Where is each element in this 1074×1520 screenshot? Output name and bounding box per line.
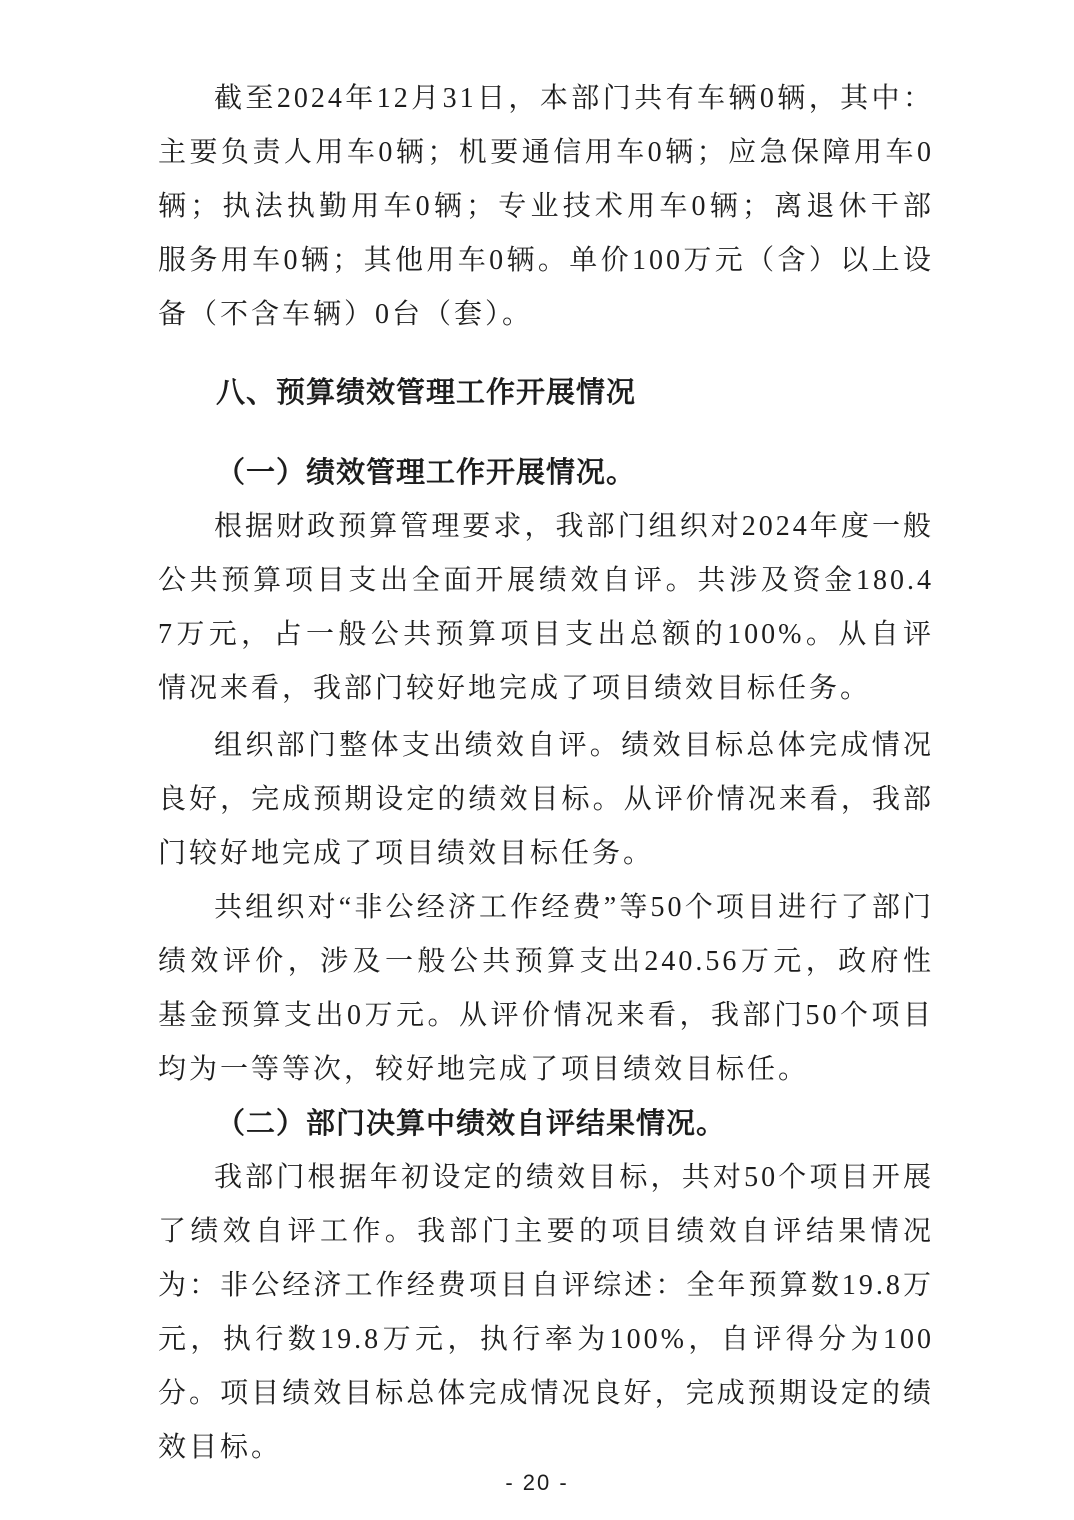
paragraph-department-project-evaluation: 共组织对“非公经济工作经费”等50个项目进行了部门绩效评价，涉及一般公共预算支出… bbox=[158, 881, 934, 1097]
paragraph-self-evaluation-overview: 根据财政预算管理要求，我部门组织对2024年度一般公共预算项目支出全面开展绩效自… bbox=[158, 500, 934, 716]
subsection-heading-performance-work: （一）绩效管理工作开展情况。 bbox=[158, 446, 934, 500]
document-body: 截至2024年12月31日，本部门共有车辆0辆，其中：主要负责人用车0辆；机要通… bbox=[158, 0, 934, 1475]
paragraph-overall-expenditure-evaluation: 组织部门整体支出绩效自评。绩效目标总体完成情况良好，完成预期设定的绩效目标。从评… bbox=[158, 719, 934, 881]
document-page: 截至2024年12月31日，本部门共有车辆0辆，其中：主要负责人用车0辆；机要通… bbox=[0, 0, 1074, 1520]
page-number: - 20 - bbox=[0, 1470, 1074, 1496]
subsection-heading-self-evaluation-results: （二）部门决算中绩效自评结果情况。 bbox=[158, 1097, 934, 1151]
section-heading-performance-management: 八、预算绩效管理工作开展情况 bbox=[158, 366, 934, 420]
paragraph-self-evaluation-results: 我部门根据年初设定的绩效目标，共对50个项目开展了绩效自评工作。我部门主要的项目… bbox=[158, 1151, 934, 1475]
paragraph-vehicles-equipment: 截至2024年12月31日，本部门共有车辆0辆，其中：主要负责人用车0辆；机要通… bbox=[158, 72, 934, 342]
